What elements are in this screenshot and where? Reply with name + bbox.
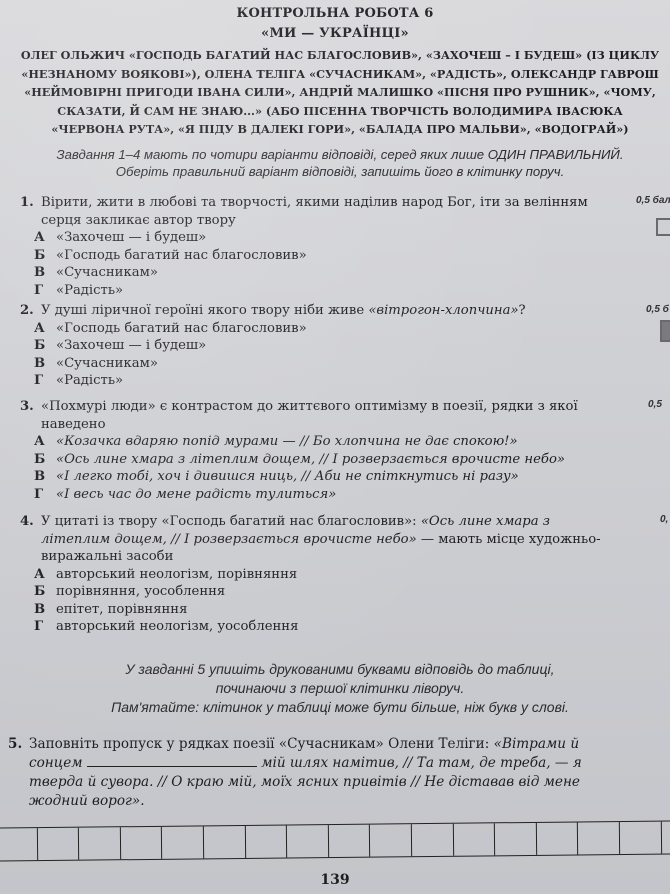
options-list: А«Козачка вдаряю попід мурами — // Бо хл… xyxy=(34,433,610,503)
options-list: А«Господь багатий нас благословив» Б«Зах… xyxy=(34,320,610,390)
points-label: 0, xyxy=(660,514,670,525)
question-number: 2. xyxy=(20,302,34,320)
question-5: 5. Заповніть пропуск у рядках поезії «Су… xyxy=(8,735,613,811)
option-letter: В xyxy=(34,601,56,619)
option-letter: А xyxy=(34,229,56,247)
question-4: 4. У цитаті із твору «Господь багатий на… xyxy=(20,513,610,636)
option[interactable]: Г«І весь час до мене радість тулиться» xyxy=(34,486,610,504)
answer-cell[interactable] xyxy=(37,828,79,860)
answer-cell[interactable] xyxy=(329,825,371,857)
option-text: «Сучасникам» xyxy=(56,355,158,373)
option[interactable]: Аавторський неологізм, порівняння xyxy=(34,566,610,584)
instructions-line: Завдання 1–4 мають по чотири варіанти ві… xyxy=(30,146,650,163)
question-text-part: Заповніть пропуск у рядках поезії «Сучас… xyxy=(29,736,494,752)
answer-cell[interactable] xyxy=(204,826,246,858)
option[interactable]: Б«Господь багатий нас благословив» xyxy=(34,247,610,265)
option-letter: Б xyxy=(34,451,56,469)
answer-cell[interactable] xyxy=(412,824,454,856)
option-text: «Господь багатий нас благословив» xyxy=(56,247,307,265)
option[interactable]: А«Захочеш — і будеш» xyxy=(34,229,610,247)
option[interactable]: Бпорівняння, уособлення xyxy=(34,583,610,601)
answer-cell[interactable] xyxy=(495,823,537,855)
option[interactable]: В«Сучасникам» xyxy=(34,355,610,373)
points-label: 0,5 бал xyxy=(636,195,670,206)
option[interactable]: Б«Захочеш — і будеш» xyxy=(34,337,610,355)
option[interactable]: Б«Ось лине хмара з літеплим дощем, // І … xyxy=(34,451,610,469)
option-letter: Б xyxy=(34,337,56,355)
answer-cell[interactable] xyxy=(121,827,163,859)
option[interactable]: В«І легко тобі, хоч і дивишся ниць, // А… xyxy=(34,468,610,486)
question-text: У цитаті із твору «Господь багатий нас б… xyxy=(41,513,610,566)
answer-cell[interactable] xyxy=(79,827,121,859)
option-text: «І весь час до мене радість тулиться» xyxy=(56,486,336,504)
option-text: «Радість» xyxy=(56,282,123,300)
question-3: 3. «Похмурі люди» є контрастом до життєв… xyxy=(20,398,610,503)
question-text: Вірити, жити в любові та творчості, яким… xyxy=(41,194,610,229)
answer-cell[interactable] xyxy=(370,824,412,856)
question-2: 2. У душі ліричної героїні якого твору н… xyxy=(20,302,610,390)
option-letter: Б xyxy=(34,583,56,601)
question-text-part: У душі ліричної героїні якого твору ніби… xyxy=(41,303,368,318)
answer-cell[interactable] xyxy=(453,823,495,855)
option-letter: Г xyxy=(34,282,56,300)
option-text: порівняння, уособлення xyxy=(56,583,225,601)
option-letter: Г xyxy=(34,618,56,636)
option-text: «Ось лине хмара з літеплим дощем, // І р… xyxy=(56,451,565,469)
question-text-part: ? xyxy=(519,303,526,318)
question-number: 4. xyxy=(20,513,34,531)
answer-grid xyxy=(0,820,670,861)
option[interactable]: Вепітет, порівняння xyxy=(34,601,610,619)
option-letter: А xyxy=(34,433,56,451)
option[interactable]: В«Сучасникам» xyxy=(34,264,610,282)
question-text: «Похмурі люди» є контрастом до життєвого… xyxy=(41,398,610,433)
option-text: «І легко тобі, хоч і дивишся ниць, // Аб… xyxy=(56,468,519,486)
option-letter: Б xyxy=(34,247,56,265)
option-text: «Захочеш — і будеш» xyxy=(56,337,206,355)
option[interactable]: А«Козачка вдаряю попід мурами — // Бо хл… xyxy=(34,433,610,451)
points-label: 0,5 б xyxy=(646,304,670,315)
page-title: КОНТРОЛЬНА РОБОТА 6 xyxy=(0,6,670,21)
answer-box[interactable] xyxy=(656,218,670,236)
question-number: 1. xyxy=(20,194,34,212)
option-letter: В xyxy=(34,264,56,282)
option-letter: В xyxy=(34,468,56,486)
option-text: авторський неологізм, порівняння xyxy=(56,566,297,584)
question-quote: «вітрогон-хлопчина» xyxy=(368,303,518,318)
instructions-line: У завданні 5 упишіть друкованими буквами… xyxy=(30,660,650,679)
question-text-part: У цитаті із твору «Господь багатий нас б… xyxy=(41,514,421,529)
options-list: А«Захочеш — і будеш» Б«Господь багатий н… xyxy=(34,229,610,299)
question-1: 1. Вірити, жити в любові та творчості, я… xyxy=(20,194,610,299)
points-label: 0,5 xyxy=(648,399,670,410)
answer-cell[interactable] xyxy=(620,822,662,854)
option-letter: Г xyxy=(34,372,56,390)
option-letter: А xyxy=(34,320,56,338)
answer-cell[interactable] xyxy=(537,822,579,854)
option-text: «Радість» xyxy=(56,372,123,390)
answer-cell[interactable] xyxy=(0,828,38,860)
option-text: «Сучасникам» xyxy=(56,264,158,282)
instructions-5: У завданні 5 упишіть друкованими буквами… xyxy=(30,660,650,717)
question-text: У душі ліричної героїні якого твору ніби… xyxy=(41,302,610,320)
answer-box[interactable] xyxy=(660,320,670,342)
option[interactable]: Гавторський неологізм, уособлення xyxy=(34,618,610,636)
option-letter: В xyxy=(34,355,56,373)
instructions-line: Пам'ятайте: клітинок у таблиці може бути… xyxy=(30,698,650,717)
question-number: 5. xyxy=(8,735,22,754)
authors-and-works: ОЛЕГ ОЛЬЖИЧ «ГОСПОДЬ БАГАТИЙ НАС БЛАГОСЛ… xyxy=(20,46,660,139)
option[interactable]: А«Господь багатий нас благословив» xyxy=(34,320,610,338)
option-text: епітет, порівняння xyxy=(56,601,187,619)
instructions-1-4: Завдання 1–4 мають по чотири варіанти ві… xyxy=(30,146,650,180)
section-subtitle: «МИ — УКРАЇНЦІ» xyxy=(0,26,670,41)
answer-cell[interactable] xyxy=(287,825,329,857)
option[interactable]: Г«Радість» xyxy=(34,372,610,390)
instructions-line: починаючи з першої клітинки ліворуч. xyxy=(30,679,650,698)
option-text: «Господь багатий нас благословив» xyxy=(56,320,307,338)
question-number: 3. xyxy=(20,398,34,416)
option-text: «Захочеш — і будеш» xyxy=(56,229,206,247)
workbook-page: КОНТРОЛЬНА РОБОТА 6 «МИ — УКРАЇНЦІ» ОЛЕГ… xyxy=(0,0,670,894)
option-letter: А xyxy=(34,566,56,584)
option-text: авторський неологізм, уособлення xyxy=(56,618,298,636)
answer-cell[interactable] xyxy=(578,822,620,854)
answer-cell[interactable] xyxy=(162,826,204,858)
question-text: Заповніть пропуск у рядках поезії «Сучас… xyxy=(29,735,613,811)
page-number: 139 xyxy=(0,872,670,888)
options-list: Аавторський неологізм, порівняння Бпорів… xyxy=(34,566,610,636)
instructions-line: Оберіть правильний варіант відповіді, за… xyxy=(30,163,650,180)
option-letter: Г xyxy=(34,486,56,504)
answer-cell[interactable] xyxy=(245,826,287,858)
option-text: «Козачка вдаряю попід мурами — // Бо хло… xyxy=(56,433,518,451)
fill-in-blank[interactable] xyxy=(87,754,257,767)
option[interactable]: Г«Радість» xyxy=(34,282,610,300)
